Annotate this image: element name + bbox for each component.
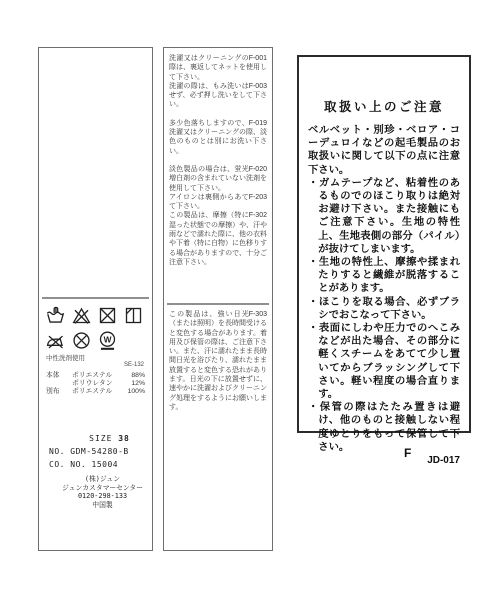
instruction-code: F-020 (249, 165, 267, 174)
size-value: 38 (118, 434, 130, 443)
middle-panel-divider (167, 303, 269, 305)
do-not-tumble-dry-icon (97, 305, 118, 326)
instruction-paragraph: F-003洗濯の際は、もみ洗いはせず、必ず押し洗いをして下さい。 (169, 82, 267, 110)
precaution-item: ・表面にしわや圧力でのへこみなどが出た場合、その部分に軽くスチームをあてて少し置… (308, 322, 460, 401)
left-panel-divider (42, 297, 149, 299)
precautions-code: JD-017 (308, 454, 460, 467)
page-letter-f: F (404, 446, 411, 460)
composition-percent: 100% (119, 388, 145, 396)
size-line: SIZE 38 (39, 434, 152, 443)
discoloration-warning-section: F-303この製品は、強い日光（または照明）を長時間受けると変色する場合がありま… (169, 310, 267, 412)
product-info-block: SIZE 38 NO. GDM-54280-B CO. NO. 15004 (株… (39, 434, 152, 509)
care-label-sheet: W 中性洗剤使用 SE-132 本体 ポリエステル 88% ポリウレタン (0, 0, 500, 600)
do-not-iron-icon (45, 330, 66, 351)
item-number: NO. GDM-54280-B (39, 447, 152, 456)
composition-panel: W 中性洗剤使用 SE-132 本体 ポリエステル 88% ポリウレタン (38, 47, 153, 551)
country-of-origin: 中国製 (53, 501, 152, 510)
composition-part: 本体 (46, 372, 72, 380)
care-symbols-row-1 (45, 305, 148, 326)
instruction-paragraph: F-001洗濯又はクリーニングの際は、裏返してネットを使用して下さい。 (169, 54, 267, 82)
svg-text:W: W (104, 334, 112, 344)
instruction-code: F-003 (249, 82, 267, 91)
instruction-paragraph: F-303この製品は、強い日光（または照明）を長時間受けると変色する場合がありま… (169, 310, 267, 412)
composition-row: 別布 ポリエステル 100% (46, 388, 145, 396)
handling-precautions-panel: 取扱い上のご注意 ベルベット・別珍・ベロア・コーデュロイなどの起毛製品のお取扱い… (297, 55, 471, 433)
composition-table: 本体 ポリエステル 88% ポリウレタン 12% 別布 ポリエステル 100% (46, 372, 145, 397)
instruction-text: この製品は、摩擦（特に湿った状態での摩擦）や、汗や雨などで濡れた際に、他の衣料や… (169, 212, 267, 265)
line-dry-in-shade-icon (123, 305, 144, 326)
company-block: (株)ジュン ジュンカスタマーセンター 0120-298-133 中国製 (39, 475, 152, 509)
washing-instructions-panel: F-001洗濯又はクリーニングの際は、裏返してネットを使用して下さい。 F-00… (163, 47, 273, 551)
precautions-body: ベルベット・別珍・ベロア・コーデュロイなどの起毛製品のお取扱いに関して以下の点に… (308, 124, 460, 467)
instruction-code: F-203 (249, 193, 267, 202)
label-code: SE-132 (124, 362, 144, 368)
composition-material: ポリエステル (72, 388, 119, 396)
company-name: (株)ジュン (53, 475, 152, 484)
care-symbols-row-2: W (45, 330, 148, 351)
composition-row: 本体 ポリエステル 88% (46, 372, 145, 380)
composition-percent: 12% (119, 380, 145, 388)
instruction-text: アイロンは裏側からあてて下さい。 (169, 194, 249, 210)
instruction-paragraph: F-019多少色落ちしますので、洗濯又はクリーニングの際、淡色のものとは別にお洗… (169, 119, 267, 156)
precaution-item: ・ガムテープなど、粘着性のあるものでのほこり取りは絶対お避け下さい。また接触にも… (308, 177, 460, 256)
care-symbols: W (45, 305, 148, 355)
instruction-paragraph: F-203アイロンは裏側からあてて下さい。 (169, 193, 267, 212)
phone-number: 0120-298-133 (53, 492, 152, 501)
instruction-code: F-019 (249, 119, 267, 128)
precautions-title: 取扱い上のご注意 (308, 97, 460, 115)
instruction-paragraph: F-020淡色製品の場合は、蛍光増白剤の含まれていない洗剤を使用して下さい。 (169, 165, 267, 193)
precautions-intro: ベルベット・別珍・ベロア・コーデュロイなどの起毛製品のお取扱いに関して以下の点に… (308, 124, 460, 177)
size-label: SIZE (89, 434, 112, 443)
do-not-dry-clean-icon (71, 330, 92, 351)
instruction-code: F-303 (249, 310, 267, 319)
precaution-item: ・生地の特性上、摩擦や揉まれたりすると繊維が脱落することがあります。 (308, 256, 460, 296)
precautions-bullets: ・ガムテープなど、粘着性のあるものでのほこり取りは絶対お避け下さい。また接触にも… (308, 177, 460, 454)
detergent-note: 中性洗剤使用 (46, 353, 85, 362)
composition-percent: 88% (119, 372, 145, 380)
hand-wash-icon (45, 305, 66, 326)
co-number: CO. NO. 15004 (39, 460, 152, 469)
precaution-item: ・ほこりを取る場合、必ずブラシでおこなって下さい。 (308, 296, 460, 322)
composition-part: 別布 (46, 388, 72, 396)
composition-material: ポリエステル (72, 372, 119, 380)
customer-center: ジュンカスタマーセンター (53, 484, 152, 493)
washing-instructions-section: F-001洗濯又はクリーニングの際は、裏返してネットを使用して下さい。 F-00… (169, 54, 267, 267)
wet-clean-professional-icon: W (97, 330, 118, 351)
do-not-bleach-icon (71, 305, 92, 326)
instruction-code: F-302 (249, 211, 267, 220)
instruction-code: F-001 (249, 54, 267, 63)
precaution-item: ・保管の際はたたみ置きは避け、他のものと接触しない程度ゆとりをもって保管して下さ… (308, 401, 460, 454)
instruction-text: この製品は、強い日光（または照明）を長時間受けると変色する場合があります。着用及… (169, 311, 267, 411)
instruction-paragraph: F-302この製品は、摩擦（特に湿った状態での摩擦）や、汗や雨などで濡れた際に、… (169, 211, 267, 267)
